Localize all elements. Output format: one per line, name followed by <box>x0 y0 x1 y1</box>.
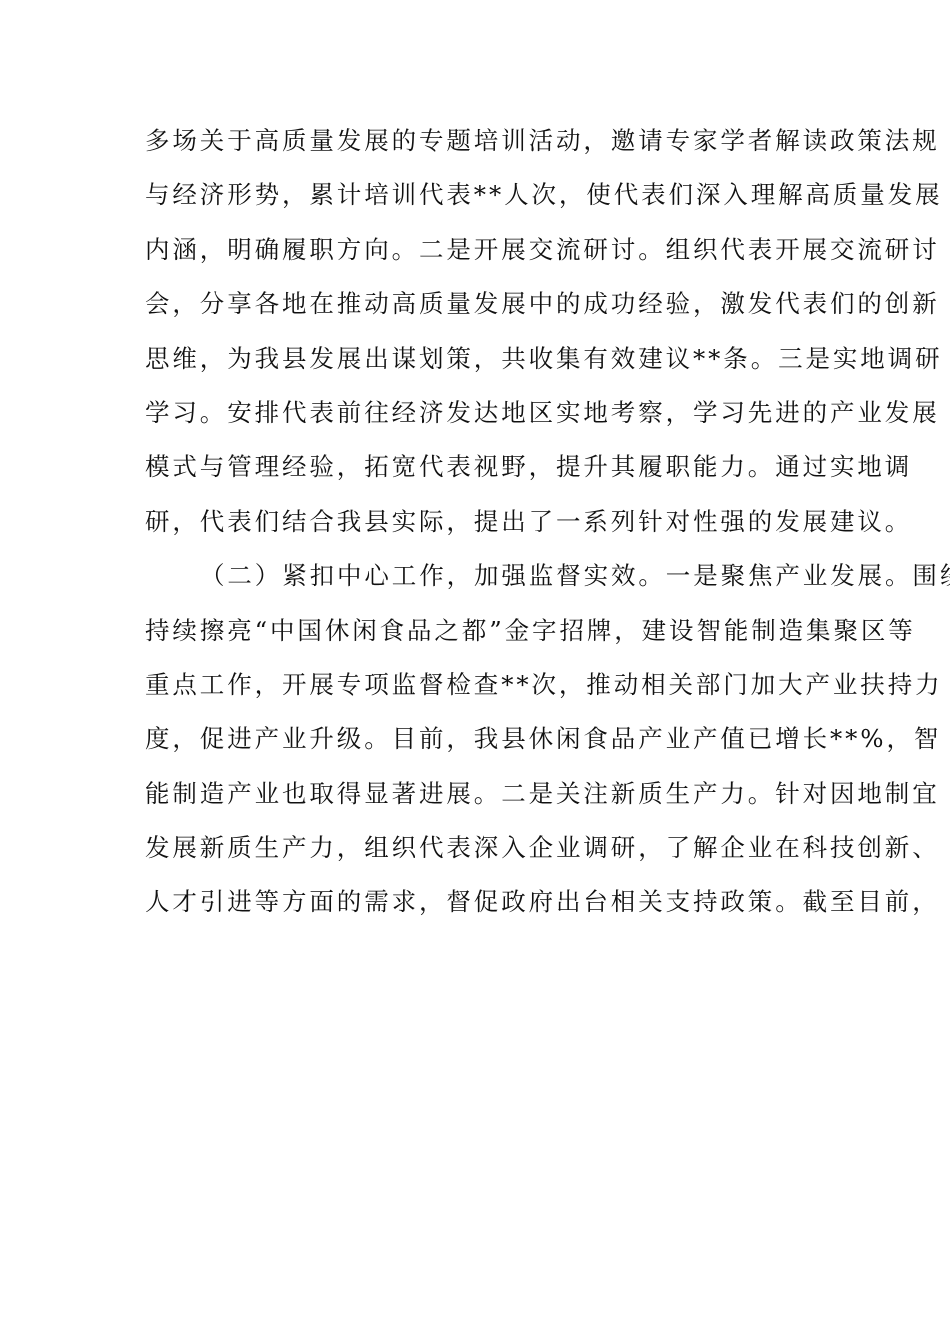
text-line: 发展新质生产力，组织代表深入企业调研，了解企业在科技创新、 <box>145 821 807 875</box>
text-line: 研，代表们结合我县实际，提出了一系列针对性强的发展建议。 <box>145 495 807 549</box>
text-line: 人才引进等方面的需求，督促政府出台相关支持政策。截至目前， <box>145 875 807 929</box>
text-line: 思维，为我县发展出谋划策，共收集有效建议**条。三是实地调研 <box>145 332 807 386</box>
text-line: 与经济形势，累计培训代表**人次，使代表们深入理解高质量发展 <box>145 168 807 222</box>
text-line: 持续擦亮“中国休闲食品之都”金字招牌，建设智能制造集聚区等 <box>145 604 807 658</box>
section-heading-line: （二）紧扣中心工作，加强监督实效。一是聚焦产业发展。围绕 <box>145 549 807 603</box>
text-line: 能制造产业也取得显著进展。二是关注新质生产力。针对因地制宜 <box>145 767 807 821</box>
text-line: 内涵，明确履职方向。二是开展交流研讨。组织代表开展交流研讨 <box>145 223 807 277</box>
text-line: 多场关于高质量发展的专题培训活动，邀请专家学者解读政策法规 <box>145 114 807 168</box>
text-line: 度，促进产业升级。目前，我县休闲食品产业产值已增长**%，智 <box>145 712 807 766</box>
text-line: 学习。安排代表前往经济发达地区实地考察，学习先进的产业发展 <box>145 386 807 440</box>
body-text: 多场关于高质量发展的专题培训活动，邀请专家学者解读政策法规 与经济形势，累计培训… <box>145 114 807 930</box>
text-line: 会，分享各地在推动高质量发展中的成功经验，激发代表们的创新 <box>145 277 807 331</box>
document-page: 多场关于高质量发展的专题培训活动，邀请专家学者解读政策法规 与经济形势，累计培训… <box>0 0 950 1344</box>
text-line: 模式与管理经验，拓宽代表视野，提升其履职能力。通过实地调 <box>145 440 807 494</box>
text-line: 重点工作，开展专项监督检查**次，推动相关部门加大产业扶持力 <box>145 658 807 712</box>
